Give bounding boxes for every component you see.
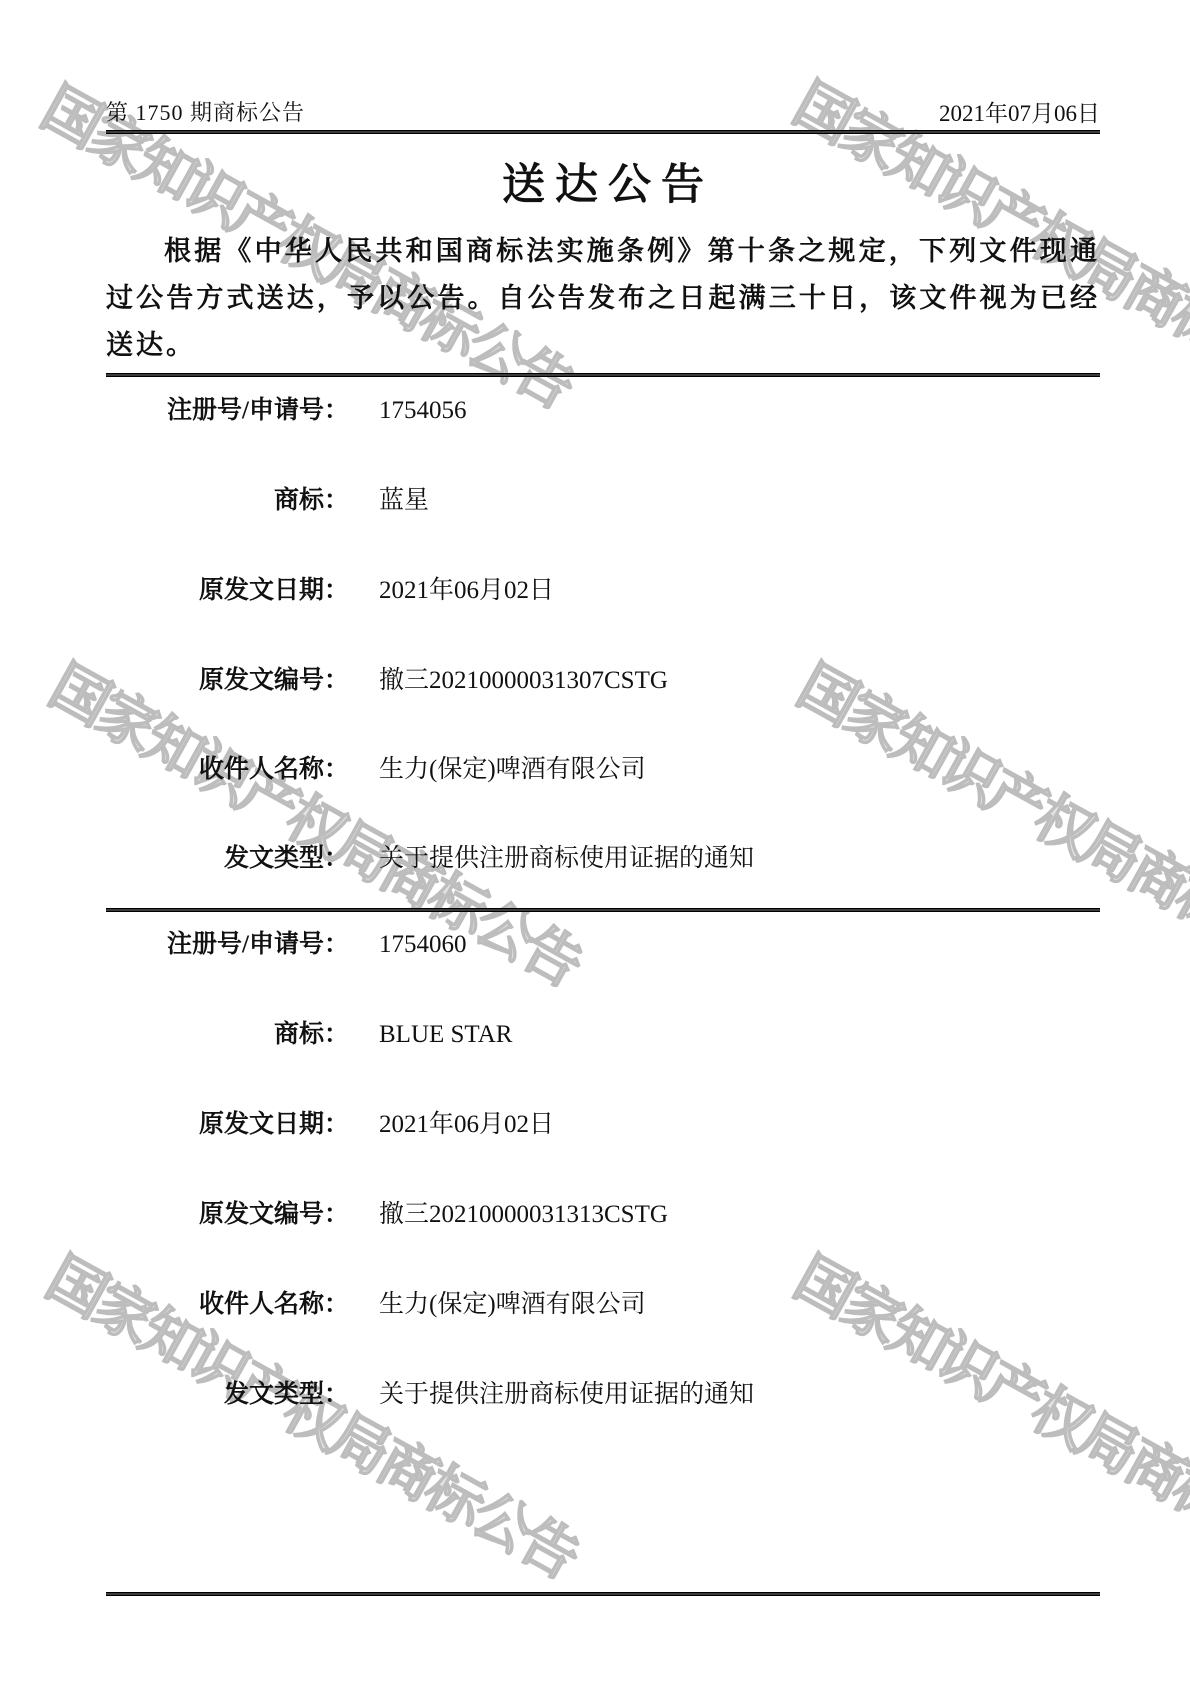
field-row-original-issue-date: 原发文日期： 2021年06月02日 <box>106 1110 1100 1140</box>
field-row-original-document-number: 原发文编号： 撤三20210000031307CSTG <box>106 666 1100 696</box>
field-value: BLUE STAR <box>379 1020 512 1050</box>
notice-title: 送达公告 <box>106 151 1100 212</box>
field-label: 收件人名称： <box>106 755 349 785</box>
header-rule <box>106 130 1100 134</box>
field-label: 发文类型： <box>106 844 349 874</box>
field-row-document-type: 发文类型： 关于提供注册商标使用证据的通知 <box>106 844 1100 874</box>
record-divider <box>106 373 1100 377</box>
field-label: 原发文编号： <box>106 666 349 696</box>
field-row-recipient-name: 收件人名称： 生力(保定)啤酒有限公司 <box>106 755 1100 785</box>
field-label: 原发文编号： <box>106 1200 349 1230</box>
field-value: 1754060 <box>379 930 467 960</box>
field-row-registration-number: 注册号/申请号： 1754060 <box>106 930 1100 960</box>
page-bottom-rule <box>106 1592 1100 1596</box>
field-row-original-document-number: 原发文编号： 撤三20210000031313CSTG <box>106 1200 1100 1230</box>
field-row-registration-number: 注册号/申请号： 1754056 <box>106 396 1100 426</box>
gazette-content: 第 1750 期商标公告 2021年07月06日 送达公告 根据《中华人民共和国… <box>0 0 1190 1684</box>
field-label: 原发文日期： <box>106 576 349 606</box>
field-value: 撤三20210000031313CSTG <box>379 1200 668 1230</box>
field-value: 1754056 <box>379 396 467 426</box>
field-label: 商标： <box>106 486 349 516</box>
field-value: 关于提供注册商标使用证据的通知 <box>379 1380 754 1410</box>
field-row-document-type: 发文类型： 关于提供注册商标使用证据的通知 <box>106 1380 1100 1410</box>
field-row-trademark: 商标： 蓝星 <box>106 486 1100 516</box>
field-value: 生力(保定)啤酒有限公司 <box>379 755 646 785</box>
field-label: 发文类型： <box>106 1380 349 1410</box>
notice-intro-paragraph: 根据《中华人民共和国商标法实施条例》第十条之规定，下列文件现通过公告方式送达，予… <box>106 228 1100 369</box>
field-label: 原发文日期： <box>106 1110 349 1140</box>
field-value: 2021年06月02日 <box>379 576 554 606</box>
field-value: 撤三20210000031307CSTG <box>379 666 668 696</box>
field-label: 收件人名称： <box>106 1290 349 1320</box>
header-issue-label: 第 1750 期商标公告 <box>106 96 305 127</box>
field-value: 蓝星 <box>379 486 429 516</box>
field-row-trademark: 商标： BLUE STAR <box>106 1020 1100 1050</box>
field-label: 商标： <box>106 1020 349 1050</box>
header-date: 2021年07月06日 <box>939 95 1100 128</box>
record-divider <box>106 908 1100 912</box>
field-value: 生力(保定)啤酒有限公司 <box>379 1290 646 1320</box>
field-row-original-issue-date: 原发文日期： 2021年06月02日 <box>106 576 1100 606</box>
field-row-recipient-name: 收件人名称： 生力(保定)啤酒有限公司 <box>106 1290 1100 1320</box>
field-value: 2021年06月02日 <box>379 1110 554 1140</box>
field-value: 关于提供注册商标使用证据的通知 <box>379 844 754 874</box>
field-label: 注册号/申请号： <box>106 930 349 960</box>
gazette-page: 国家知识产权局商标公告 国家知识产权局商标公告 国家知识产权局商标公告 国家知识… <box>0 0 1190 1684</box>
field-label: 注册号/申请号： <box>106 396 349 426</box>
